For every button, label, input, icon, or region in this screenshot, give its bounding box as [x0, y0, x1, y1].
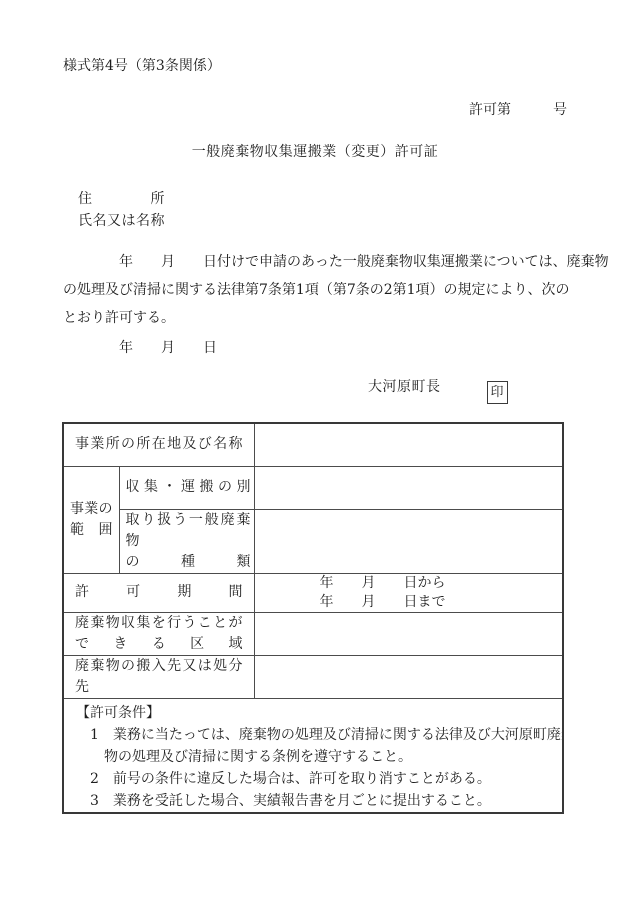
business-scope-group-cell: 事業の 範囲	[63, 466, 119, 573]
table-row-collection: 事業の 範囲 収集・運搬の別	[63, 466, 563, 509]
condition-line: 2 前号の条件に違反した場合は、許可を取り消すことがある。	[76, 768, 552, 790]
table-row-area: 廃棄物収集を行うことが できる区域	[63, 612, 563, 655]
office-label: 事業所の所在地及び名称	[75, 434, 243, 455]
area-label-line2: できる区域	[75, 634, 243, 655]
permit-document-page: 様式第4号（第3条関係） 許可第 号 一般廃棄物収集運搬業（変更）許可証 住 所…	[0, 0, 630, 903]
period-value-cell: 年 月 日から 年 月 日まで	[254, 573, 563, 612]
table-row-office: 事業所の所在地及び名称	[63, 423, 563, 466]
condition-line: 物の処理及び清掃に関する条例を遵守すること。	[76, 746, 552, 768]
address-label: 住 所	[78, 188, 567, 210]
document-title: 一般廃棄物収集運搬業（変更）許可証	[63, 142, 567, 162]
collection-label-cell: 収集・運搬の別	[119, 466, 254, 509]
applicant-block: 住 所 氏名又は名称	[63, 188, 567, 232]
name-label: 氏名又は名称	[78, 210, 567, 232]
waste-label-line1: 取り扱う一般廃棄物	[126, 510, 251, 552]
mayor-title: 大河原町長	[368, 379, 441, 395]
waste-type-value-cell	[254, 509, 563, 573]
condition-line: 1 業務に当たっては、廃棄物の処理及び清掃に関する法律及び大河原町廃棄	[76, 724, 552, 746]
seal-box: 印	[487, 381, 508, 404]
collection-value-cell	[254, 466, 563, 509]
destination-value-cell	[254, 655, 563, 698]
condition-line: 3 業務を受託した場合、実績報告書を月ごとに提出すること。	[76, 790, 552, 812]
table-row-destination: 廃棄物の搬入先又は処分先	[63, 655, 563, 698]
period-label: 許可期間	[75, 582, 243, 603]
office-label-cell: 事業所の所在地及び名称	[63, 423, 254, 466]
waste-label-line2: の種類	[126, 552, 251, 573]
table-row-waste-type: 取り扱う一般廃棄物 の種類	[63, 509, 563, 573]
office-value-cell	[254, 423, 563, 466]
scope-label-line1: 事業の	[70, 499, 113, 520]
body-line: の処理及び清掃に関する法律第7条第1項（第7条の2第1項）の規定により、次の	[63, 276, 567, 304]
waste-type-label-cell: 取り扱う一般廃棄物 の種類	[119, 509, 254, 573]
area-value-cell	[254, 612, 563, 655]
destination-label: 廃棄物の搬入先又は処分先	[75, 656, 243, 698]
area-label-cell: 廃棄物収集を行うことが できる区域	[63, 612, 254, 655]
form-number: 様式第4号（第3条関係）	[63, 56, 567, 76]
period-from-line: 年 月 日から	[320, 574, 563, 593]
conditions-header: 【許可条件】	[76, 702, 552, 724]
permit-number-line: 許可第 号	[63, 100, 567, 120]
period-label-cell: 許可期間	[63, 573, 254, 612]
area-label-line1: 廃棄物収集を行うことが	[75, 613, 243, 634]
conditions-cell: 【許可条件】 1 業務に当たっては、廃棄物の処理及び清掃に関する法律及び大河原町…	[63, 698, 563, 813]
body-paragraph: 年 月 日付けで申請のあった一般廃棄物収集運搬業については、廃棄物 の処理及び清…	[63, 248, 567, 332]
signature-line: 大河原町長印	[63, 376, 567, 400]
table-row-conditions: 【許可条件】 1 業務に当たっては、廃棄物の処理及び清掃に関する法律及び大河原町…	[63, 698, 563, 813]
period-to-line: 年 月 日まで	[320, 593, 563, 612]
table-row-period: 許可期間 年 月 日から 年 月 日まで	[63, 573, 563, 612]
body-line: 年 月 日付けで申請のあった一般廃棄物収集運搬業については、廃棄物	[63, 248, 567, 276]
scope-label-line2: 範囲	[70, 520, 113, 541]
body-line: とおり許可する。	[63, 304, 567, 332]
destination-label-cell: 廃棄物の搬入先又は処分先	[63, 655, 254, 698]
permit-details-table: 事業所の所在地及び名称 事業の 範囲 収集・運搬の別 取り扱う一般廃棄物 の種類…	[62, 422, 564, 814]
collection-label: 収集・運搬の別	[126, 477, 251, 498]
issue-date-line: 年 月 日	[63, 338, 567, 358]
